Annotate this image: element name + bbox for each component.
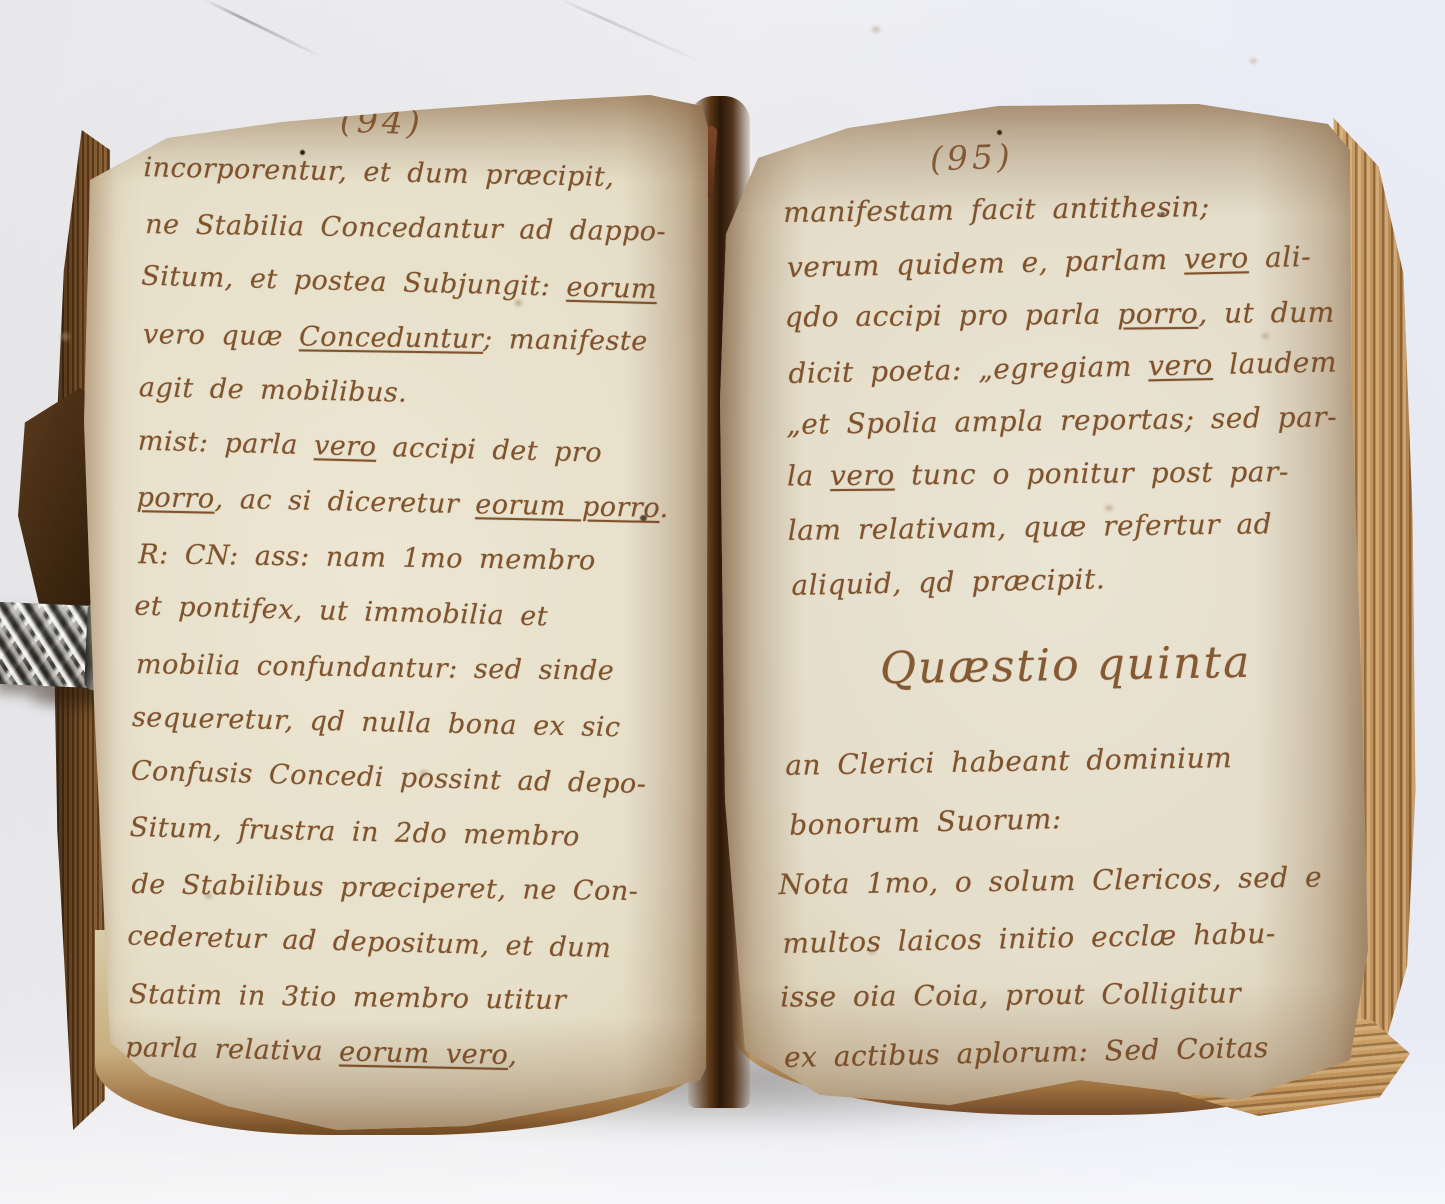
manuscript-line: parla relativa eorum vero, [124,1032,691,1099]
ink-blot [997,130,1002,135]
ink-blot [300,150,305,155]
manuscript-line: vero quæ Conceduntur; manifeste [142,319,709,382]
manuscript-line: qdo accipi pro parla porro, ut dum [785,296,1359,354]
foxing-spot [868,948,876,954]
section-heading: Quæstio quinta [880,637,1252,694]
foxing-spot [420,770,429,777]
manuscript-line: isse oia Coia, prout Colligitur [780,975,1364,1037]
nota-lines: Nota 1mo, o solum Clericos, sed emultos … [778,860,1365,1096]
manuscript-line: „et Spolia ampla reportas; sed par- [786,400,1361,461]
foxing-spot [205,893,212,899]
foxing-spot [515,300,522,306]
clasp-braided-band [0,602,96,688]
foxing-spot [1250,58,1257,64]
ink-blot [1160,212,1165,216]
manuscript-line: verum quidem e, parlam vero ali- [787,239,1362,304]
foxing-spot [1262,333,1269,339]
manuscript-line: incorporentur, et dum præcipit, [143,152,710,219]
manuscript-line: Statim in 3tio membro utitur [129,979,696,1042]
left-page: (94) incorporentur, et dum præcipit,ne S… [72,88,720,1143]
right-page: (95) manifestam facit antithesin;verum q… [712,92,1374,1127]
foxing-spot [60,332,70,341]
manuscript-line: bonorum Suorum: [789,795,1350,867]
page-number-right: (95) [929,137,1014,179]
manuscript-line: mobilia confundantur: sed sinde [135,649,702,712]
left-page-text: incorporentur, et dum præcipit,ne Stabil… [124,152,709,1099]
right-page-paragraph: manifestam facit antithesin;verum quidem… [783,188,1363,620]
manuscript-line: la vero tunc o ponitur post par- [787,454,1361,512]
question-lines: an Clerici habeant dominiumbonorum Suoru… [785,739,1347,865]
ink-blot [640,515,647,521]
foxing-spot [1105,505,1113,511]
foxing-spot [872,26,880,33]
manuscript-line: Nota 1mo, o solum Clericos, sed e [778,860,1363,925]
manuscript-line: aliquid, qd præcipit. [791,557,1366,622]
photograph-open-manuscript-book: (94) incorporentur, et dum præcipit,ne S… [0,0,1445,1204]
